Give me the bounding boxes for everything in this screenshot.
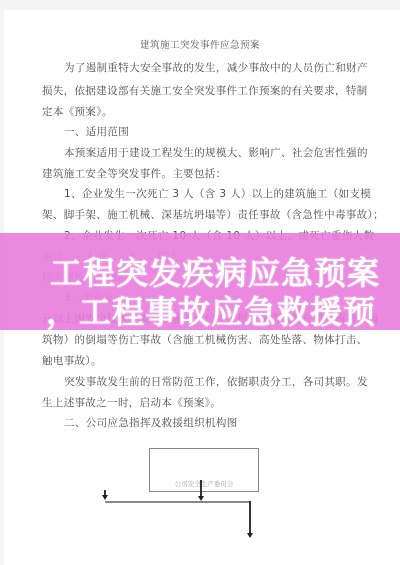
paragraph-line: 突发事故发生前的日常防范工作，依据职责分工，各司其职。发 bbox=[64, 374, 368, 389]
org-chart-top-box: 公司安全生产委员会 bbox=[149, 448, 259, 492]
connector-line bbox=[249, 501, 251, 535]
paragraph-line: 触电事故）。 bbox=[42, 353, 102, 368]
paragraph-line: 生上述事故之一时，启动本《预案》。 bbox=[42, 395, 221, 410]
list-item: 1、企业发生一次死亡 3 人（含 3 人）以上的建筑施工（如支模 bbox=[64, 186, 371, 201]
paragraph-line: 建筑施工安全等突发事件。主要包括： bbox=[42, 166, 226, 181]
paragraph-line: 架、脚手架、施工机械、深基坑坍塌等）责任事故（含急性中毒事故）； bbox=[42, 207, 384, 222]
arrow-down-icon bbox=[102, 495, 108, 500]
org-box-label: 公司安全生产委员会 bbox=[150, 479, 258, 488]
document-title: 建筑施工突发事件应急预案 bbox=[0, 37, 400, 51]
paragraph-line: 定本《预案》。 bbox=[42, 104, 113, 119]
banner-title-line2: ，工程事故应急救援预 bbox=[46, 287, 376, 333]
section-heading: 一、适用范围 bbox=[64, 124, 129, 139]
paragraph-line: 为了遏制重特大安全事故的发生，减少事故中的人员伤亡和财产 bbox=[64, 60, 368, 75]
paragraph-line: 本预案适用于建设工程发生的规模大、影响广、社会危害性强的 bbox=[64, 145, 368, 160]
paragraph-line: 筑物）的倒塌等伤亡事故（含施工机械伤害、高处坠落、物体打击、 bbox=[42, 332, 368, 347]
paragraph-line: 损失，依据建设部有关施工安全突发事件工作预案的有关要求，特制 bbox=[42, 83, 368, 98]
section-heading: 二、公司应急指挥及救援组织机构图 bbox=[64, 415, 238, 430]
arrow-down-icon bbox=[247, 533, 253, 538]
connector-line bbox=[105, 501, 250, 503]
